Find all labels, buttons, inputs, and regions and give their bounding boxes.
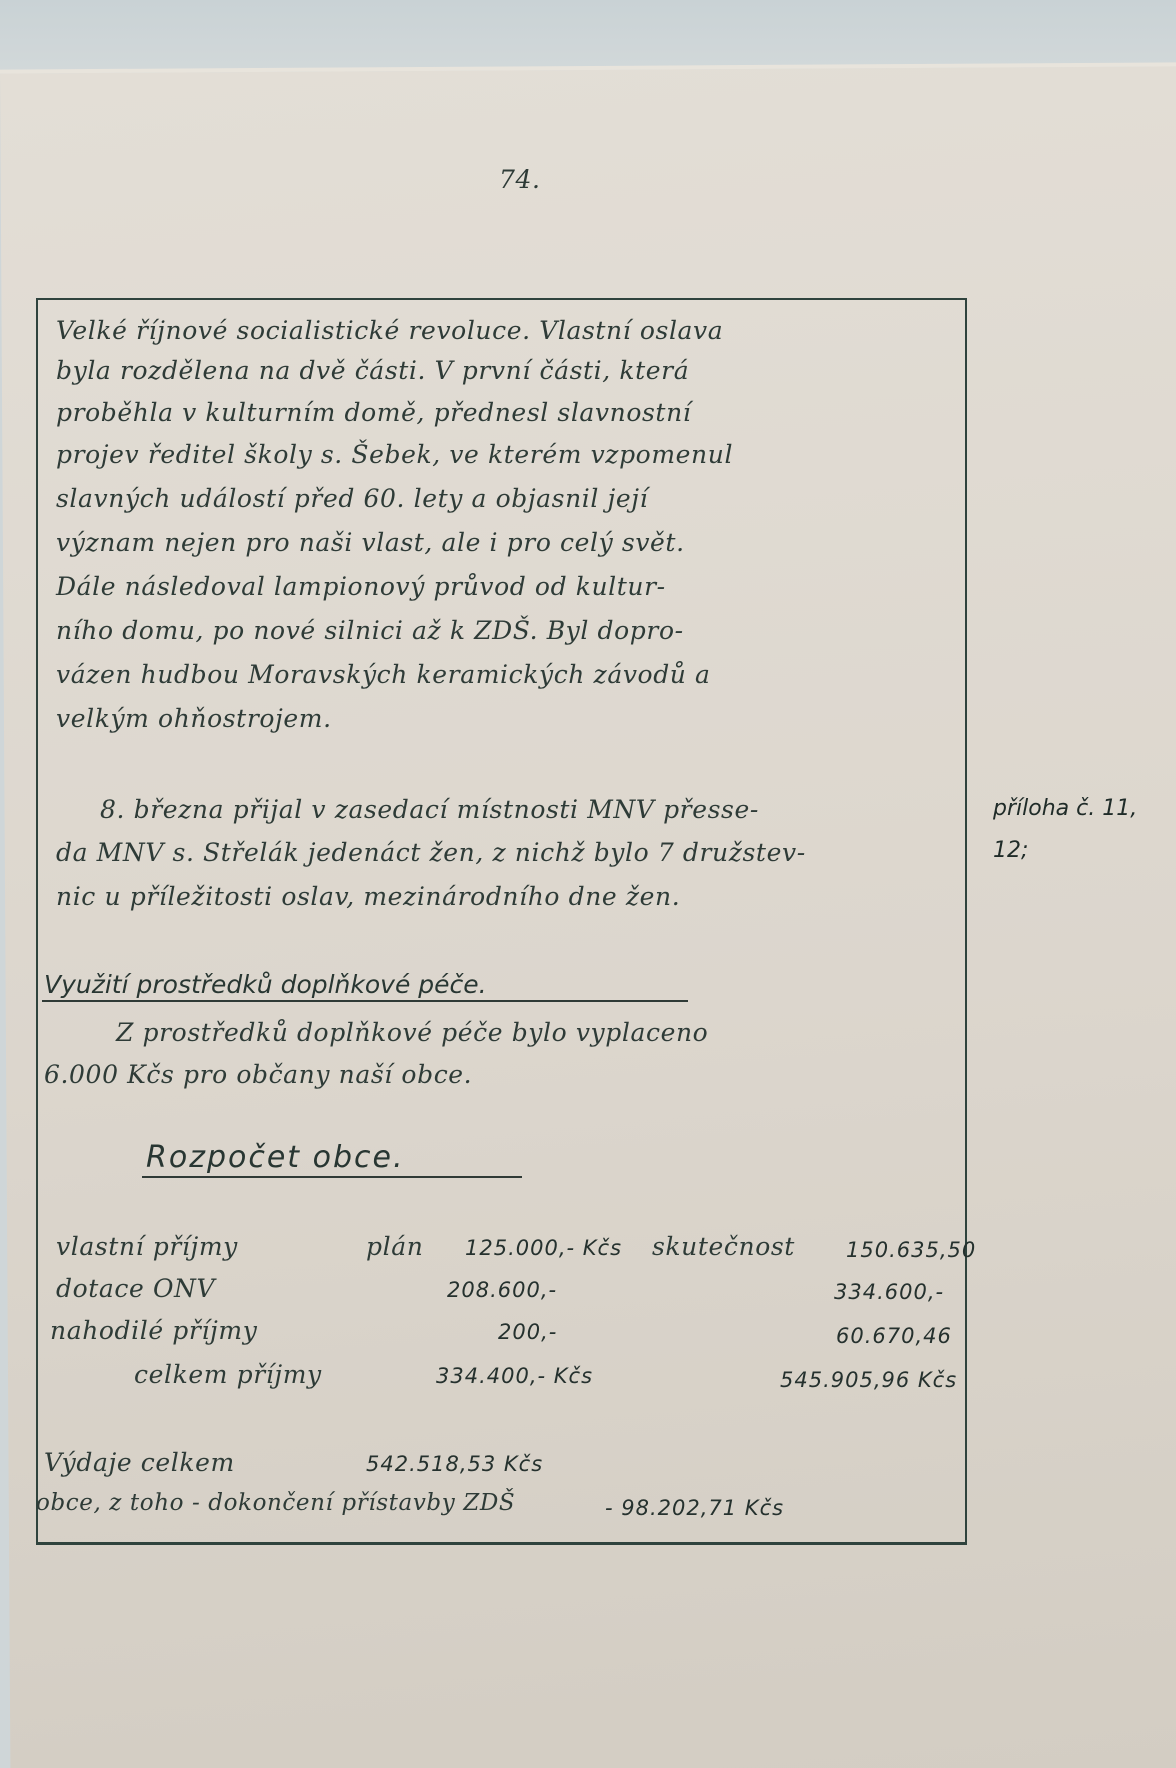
text-line: velkým ohňostrojem.: [56, 704, 332, 733]
budget-row-label: vlastní příjmy: [56, 1232, 238, 1261]
text-line: Velké říjnové socialistické revoluce. Vl…: [56, 316, 723, 345]
budget-actual-value: 60.670,46: [836, 1324, 952, 1348]
text-line: projev ředitel školy s. Šebek, ve kterém…: [56, 440, 733, 469]
budget-actual-label: skutečnost: [652, 1232, 795, 1261]
budget-actual-value: 150.635,50: [846, 1238, 976, 1262]
text-line: 6.000 Kčs pro občany naší obce.: [44, 1060, 472, 1089]
text-line: 8. března přijal v zasedací místnosti MN…: [100, 795, 759, 824]
section-heading-budget: Rozpočet obce.: [146, 1140, 404, 1175]
expenses-value: 542.518,53 Kčs: [366, 1452, 543, 1476]
margin-note-attachment-cont: 12;: [993, 838, 1028, 863]
page-number: 74.: [499, 165, 541, 194]
construction-value: - 98.202,71 Kčs: [605, 1496, 784, 1520]
heading-underline: [142, 1176, 522, 1178]
heading-underline: [42, 1000, 688, 1002]
budget-plan-label: plán: [366, 1232, 423, 1261]
margin-note-attachment: příloha č. 11,: [993, 796, 1137, 821]
text-line: ního domu, po nové silnici až k ZDŠ. Byl…: [56, 616, 684, 645]
text-line: vázen hudbou Moravských keramických závo…: [56, 660, 711, 689]
section-heading-supplementary-care: Využití prostředků doplňkové péče.: [44, 970, 487, 999]
budget-actual-value: 545.905,96 Kčs: [780, 1368, 957, 1392]
text-line: nic u příležitosti oslav, mezinárodního …: [56, 882, 680, 911]
budget-row-label: dotace ONV: [56, 1274, 215, 1303]
budget-plan-value: 200,-: [498, 1320, 557, 1344]
text-line: slavných událostí před 60. lety a objasn…: [56, 484, 648, 513]
expenses-label: Výdaje celkem: [44, 1448, 235, 1477]
budget-row-label: nahodilé příjmy: [50, 1316, 257, 1345]
text-line: Z prostředků doplňkové péče bylo vyplace…: [116, 1018, 708, 1047]
text-line: byla rozdělena na dvě části. V první čás…: [56, 356, 689, 385]
budget-plan-value: 334.400,- Kčs: [436, 1364, 593, 1388]
budget-actual-value: 334.600,-: [834, 1280, 944, 1304]
text-line: význam nejen pro naši vlast, ale i pro c…: [56, 528, 685, 557]
budget-row-label: celkem příjmy: [134, 1360, 322, 1389]
budget-plan-value: 208.600,-: [447, 1278, 557, 1302]
text-line: Dále následoval lampionový průvod od kul…: [56, 572, 666, 601]
budget-plan-value: 125.000,- Kčs: [465, 1236, 622, 1260]
construction-label: obce, z toho - dokončení přístavby ZDŠ: [36, 1490, 515, 1516]
text-line: proběhla v kulturním domě, přednesl slav…: [56, 398, 691, 427]
text-line: da MNV s. Střelák jedenáct žen, z nichž …: [56, 838, 806, 867]
